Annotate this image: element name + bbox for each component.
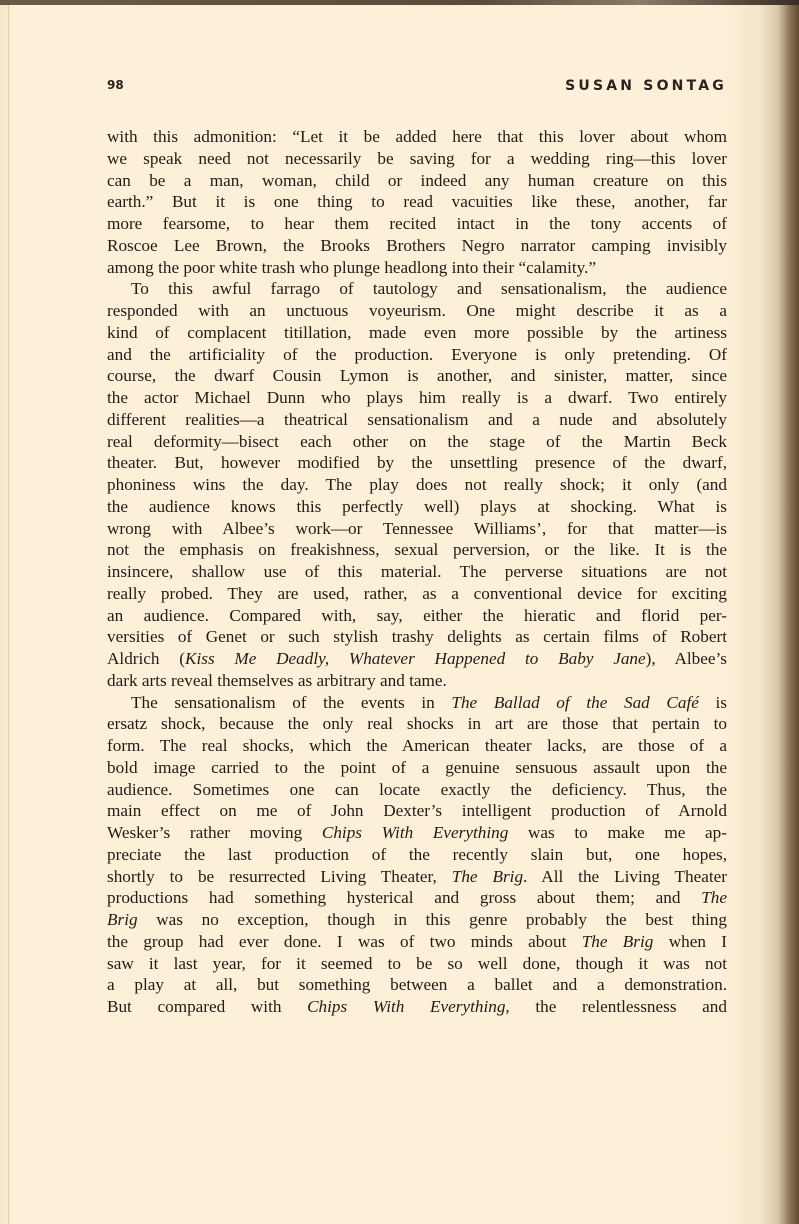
text-line: an audience. Compared with, say, either … — [107, 605, 727, 627]
text-run: bold image carried to the point of a gen… — [107, 758, 727, 777]
text-line: shortly to be resurrected Living Theater… — [107, 866, 727, 888]
italic-title: The Brig — [452, 867, 523, 886]
italic-title: Kiss Me Deadly, Whatever Happened to Bab… — [185, 649, 646, 668]
text-line: the group had ever done. I was of two mi… — [107, 931, 727, 953]
text-line: main effect on me of John Dexter’s intel… — [107, 800, 727, 822]
text-run: among the poor white trash who plunge he… — [107, 258, 596, 277]
text-run: kind of complacent titillation, made eve… — [107, 323, 727, 342]
text-run: can be a man, woman, child or indeed any… — [107, 171, 727, 190]
text-run: shortly to be resurrected Living Theater… — [107, 867, 452, 886]
text-run: the group had ever done. I was of two mi… — [107, 932, 582, 951]
text-run: the relentlessness and — [510, 997, 727, 1016]
text-line: real deformity—bisect each other on the … — [107, 431, 727, 453]
text-run: was no exception, though in this genre p… — [138, 910, 727, 929]
text-line: productions had something hysterical and… — [107, 887, 727, 909]
text-run: audience. Sometimes one can locate exact… — [107, 780, 727, 799]
text-run: real deformity—bisect each other on the … — [107, 432, 727, 451]
text-line: Roscoe Lee Brown, the Brooks Brothers Ne… — [107, 235, 727, 257]
text-run: ersatz shock, because the only real shoc… — [107, 714, 727, 733]
text-line: Aldrich (Kiss Me Deadly, Whatever Happen… — [107, 648, 727, 670]
text-run: is — [699, 693, 727, 712]
text-line: dark arts reveal themselves as arbitrary… — [107, 670, 727, 692]
text-line: really probed. They are used, rather, as… — [107, 583, 727, 605]
italic-title: Brig — [107, 910, 138, 929]
italic-title: Chips With Everything, — [307, 997, 510, 1016]
text-run: ), Albee’s — [646, 649, 727, 668]
text-line: phoniness wins the day. The play does no… — [107, 474, 727, 496]
text-line: earth.” But it is one thing to read vacu… — [107, 191, 727, 213]
text-run: main effect on me of John Dexter’s intel… — [107, 801, 727, 820]
italic-title: Chips With Everything — [322, 823, 508, 842]
body-text: with this admonition: “Let it be added h… — [107, 126, 727, 1018]
text-run: really probed. They are used, rather, as… — [107, 584, 727, 603]
text-line: course, the dwarf Cousin Lymon is anothe… — [107, 365, 727, 387]
text-line: saw it last year, for it seemed to be so… — [107, 953, 727, 975]
text-line: form. The real shocks, which the America… — [107, 735, 727, 757]
text-run: responded with an unctuous voyeurism. On… — [107, 301, 727, 320]
text-line: and the artificiality of the production.… — [107, 344, 727, 366]
text-line: the actor Michael Dunn who plays him rea… — [107, 387, 727, 409]
running-title: SUSAN SONTAG — [565, 78, 727, 94]
text-line: The sensationalism of the events in The … — [107, 692, 727, 714]
text-run: To this awful farrago of tautology and s… — [131, 279, 727, 298]
text-line: a play at all, but something between a b… — [107, 974, 727, 996]
text-line: wrong with Albee’s work—or Tennessee Wil… — [107, 518, 727, 540]
text-run: more fearsome, to hear them recited inta… — [107, 214, 727, 233]
text-run: earth.” But it is one thing to read vacu… — [107, 192, 727, 211]
text-run: form. The real shocks, which the America… — [107, 736, 727, 755]
text-line: not the emphasis on freakishness, sexual… — [107, 539, 727, 561]
page-top-edge — [0, 0, 799, 5]
text-run: The sensationalism of the events in — [131, 693, 451, 712]
text-run: a play at all, but something between a b… — [107, 975, 727, 994]
text-run: different realities—a theatrical sensati… — [107, 410, 727, 429]
text-run: But compared with — [107, 997, 307, 1016]
text-run: was to make me ap- — [508, 823, 727, 842]
text-run: and the artificiality of the production.… — [107, 345, 727, 364]
page-number: 98 — [107, 78, 124, 92]
text-run: insincere, shallow use of this material.… — [107, 562, 727, 581]
text-line: preciate the last production of the rece… — [107, 844, 727, 866]
text-run: Roscoe Lee Brown, the Brooks Brothers Ne… — [107, 236, 727, 255]
text-line: versities of Genet or such stylish trash… — [107, 626, 727, 648]
italic-title: The Brig — [582, 932, 654, 951]
text-run: . All the Living Theater — [523, 867, 727, 886]
text-run: Aldrich ( — [107, 649, 185, 668]
text-run: with this admonition: “Let it be added h… — [107, 127, 727, 146]
text-line: ersatz shock, because the only real shoc… — [107, 713, 727, 735]
text-line: more fearsome, to hear them recited inta… — [107, 213, 727, 235]
text-line: theater. But, however modified by the un… — [107, 452, 727, 474]
text-run: theater. But, however modified by the un… — [107, 453, 727, 472]
text-run: phoniness wins the day. The play does no… — [107, 475, 727, 494]
text-line: among the poor white trash who plunge he… — [107, 257, 727, 279]
text-run: versities of Genet or such stylish trash… — [107, 627, 727, 646]
text-run: preciate the last production of the rece… — [107, 845, 727, 864]
text-run: we speak need not necessarily be saving … — [107, 149, 727, 168]
running-header: 98 SUSAN SONTAG — [107, 78, 727, 100]
text-run: the actor Michael Dunn who plays him rea… — [107, 388, 727, 407]
text-run: course, the dwarf Cousin Lymon is anothe… — [107, 366, 727, 385]
text-run: dark arts reveal themselves as arbitrary… — [107, 671, 447, 690]
text-line: Wesker’s rather moving Chips With Everyt… — [107, 822, 727, 844]
text-line: bold image carried to the point of a gen… — [107, 757, 727, 779]
text-line: But compared with Chips With Everything,… — [107, 996, 727, 1018]
text-line: Brig was no exception, though in this ge… — [107, 909, 727, 931]
text-line: the audience knows this perfectly well) … — [107, 496, 727, 518]
text-run: saw it last year, for it seemed to be so… — [107, 954, 727, 973]
text-run: an audience. Compared with, say, either … — [107, 606, 727, 625]
page-left-edge — [8, 5, 9, 1224]
text-line: audience. Sometimes one can locate exact… — [107, 779, 727, 801]
text-line: kind of complacent titillation, made eve… — [107, 322, 727, 344]
text-run: the audience knows this perfectly well) … — [107, 497, 727, 516]
italic-title: The Ballad of the Sad Café — [451, 693, 698, 712]
text-line: responded with an unctuous voyeurism. On… — [107, 300, 727, 322]
text-line: with this admonition: “Let it be added h… — [107, 126, 727, 148]
text-run: Wesker’s rather moving — [107, 823, 322, 842]
text-run: wrong with Albee’s work—or Tennessee Wil… — [107, 519, 727, 538]
text-line: can be a man, woman, child or indeed any… — [107, 170, 727, 192]
text-line: we speak need not necessarily be saving … — [107, 148, 727, 170]
book-page: 98 SUSAN SONTAG with this admonition: “L… — [0, 0, 799, 1224]
text-run: when I — [653, 932, 727, 951]
text-run: productions had something hysterical and… — [107, 888, 701, 907]
text-line: To this awful farrago of tautology and s… — [107, 278, 727, 300]
italic-title: The — [701, 888, 727, 907]
text-line: different realities—a theatrical sensati… — [107, 409, 727, 431]
text-run: not the emphasis on freakishness, sexual… — [107, 540, 727, 559]
text-line: insincere, shallow use of this material.… — [107, 561, 727, 583]
